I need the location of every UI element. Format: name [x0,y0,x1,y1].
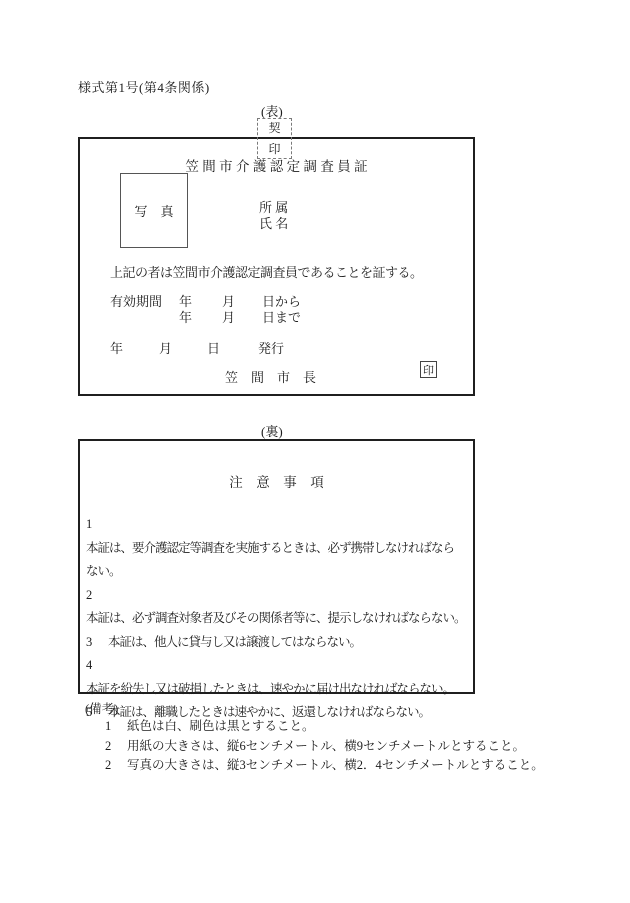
certificate-back-card: 注 意 事 項 1本証は、要介護認定等調査を実施するときは、必ず携帯しなければな… [78,439,475,694]
remark-item: 2写真の大きさは、縦3センチメートル、横2．4センチメートルとすること。 [105,756,544,776]
remark-item-text: 紙色は白、刷色は黒とすること。 [127,719,315,733]
certify-statement: 上記の者は笠間市介護認定調査員であることを証する。 [110,262,423,281]
back-side-label: (裏) [261,421,283,440]
issue-label: 発行 [258,338,284,357]
remarks-list: 1紙色は白、刷色は黒とすること。2用紙の大きさは、縦6センチメートル、横9センチ… [105,717,544,776]
remark-item-text: 写真の大きさは、縦3センチメートル、横2．4センチメートルとすること。 [127,758,544,772]
certificate-front-card: 笠 間 市 介 護 認 定 調 査 員 証 写 真 所 属 氏 名 上記の者は笠… [78,137,475,396]
notice-item-number: 1 [86,513,99,537]
tally-seal-box: 契 印 [257,118,292,159]
notice-item: 3本証は、他人に貸与し又は譲渡してはならない。 [86,631,469,655]
notice-item-text: 本証は、必ず調査対象者及びその関係者等に、提示しなければならない。 [86,611,466,625]
mayor-title: 笠 間 市 長 [225,367,316,386]
photo-label: 写 真 [134,201,173,220]
remark-item-text: 用紙の大きさは、縦6センチメートル、横9センチメートルとすること。 [127,739,525,753]
tally-seal-top-char: 契 [268,119,280,137]
notice-item: 2本証は、必ず調査対象者及びその関係者等に、提示しなければならない。 [86,584,469,631]
tally-seal-bottom-char: 印 [268,140,280,158]
notice-item: 4本証を紛失し又は破損したときは、速やかに届け出なければならない。 [86,654,469,701]
validity-to-month-label: 月 [222,307,235,326]
remark-item-number: 2 [105,756,118,776]
issue-day-label: 日 [207,338,220,357]
issue-year-label: 年 [110,338,123,357]
issue-month-label: 月 [159,338,172,357]
name-label: 氏 名 [259,213,288,232]
form-number-label: 様式第1号(第4条関係) [78,77,210,96]
mayor-seal-box: 印 [420,361,437,378]
validity-to-year-label: 年 [179,307,192,326]
remarks-label: (備考) [85,699,118,717]
notice-item-text: 本証は、他人に貸与し又は譲渡してはならない。 [108,635,361,649]
remark-item-number: 2 [105,737,118,757]
notice-item-text: 本証を紛失し又は破損したときは、速やかに届け出なければならない。 [86,682,454,696]
validity-to-day-label: 日まで [262,307,301,326]
notice-item-text: 本証は、要介護認定等調査を実施するときは、必ず携帯しなければなら [86,541,454,555]
notice-item-text: ない。 [86,560,469,584]
notice-item-number: 4 [86,654,99,678]
seal-char: 印 [423,362,434,378]
notice-item-number: 2 [86,584,99,608]
notice-list: 1本証は、要介護認定等調査を実施するときは、必ず携帯しなければならない。2本証は… [86,513,469,725]
remark-item: 1紙色は白、刷色は黒とすること。 [105,717,544,737]
document-page: 様式第1号(第4条関係) (表) 契 印 笠 間 市 介 護 認 定 調 査 員… [0,0,630,903]
precautions-heading: 注 意 事 項 [80,471,473,491]
remark-item: 2用紙の大きさは、縦6センチメートル、横9センチメートルとすること。 [105,737,544,757]
notice-item-number: 3 [86,631,99,655]
validity-period-label: 有効期間 [110,291,162,310]
notice-item: 1本証は、要介護認定等調査を実施するときは、必ず携帯しなければならない。 [86,513,469,584]
photo-placeholder-box: 写 真 [120,173,188,248]
remark-item-number: 1 [105,717,118,737]
